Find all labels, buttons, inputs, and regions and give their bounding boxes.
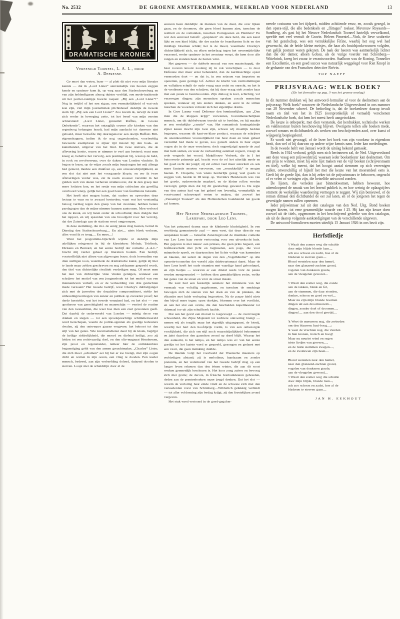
prijsvraag-body: In dit nummer drukken wij het antwoord-f… <box>266 98 390 225</box>
review-signature: Top Naeff <box>266 73 390 77</box>
paragraph: De zaal had een feestelijk aanzien: het … <box>164 281 260 312</box>
review2-heading: Het Nieuwe Nederlandsch Tooneel, Lariefa… <box>164 211 260 221</box>
poem-stanza: 'k Weet de meeuwen nog, die zwierdenom d… <box>288 319 390 353</box>
masthead: No. 2532 DE GROENE AMSTERDAMMER, WEEKBLA… <box>62 5 392 11</box>
paragraph: Ge moet dan weten, lezer — al pleit dit … <box>62 80 158 194</box>
paragraph: Ieder prijswinnaar zal uit den catalogus… <box>266 203 390 221</box>
scan-artifact <box>0 146 3 147</box>
prijsvraag-note: (Zie het formulier op pag. 3 van het gro… <box>266 91 390 95</box>
paragraph: eeuwen heen duidelijk: de mannen van de … <box>164 22 260 61</box>
column-3: neerde costuums van het tijdperk, midden… <box>266 22 390 478</box>
issue-number: No. 2532 <box>62 6 81 11</box>
review2-col3-body: neerde costuums van het tijdperk, midden… <box>266 22 390 70</box>
review2-heading-line2: Lariefari, door Leo Lens. <box>164 216 260 221</box>
review2-col2-body: Van het peinzend drama naar de klinkende… <box>164 224 260 403</box>
poem-signature: Jan H. Eekhout <box>266 396 390 400</box>
prijsvraag-heading: PRIJSVRAAG: WELK BOEK? <box>266 85 390 89</box>
poem-body: 't Waait den zomer weg die schaldedoor m… <box>266 242 390 392</box>
column-1: DRAMATISCHE KRONIEK Vereenigd Tooneel, L… <box>62 22 158 478</box>
scan-artifact <box>0 72 5 74</box>
paragraph: Het stuk werd vertoond in de goed-gegalo… <box>164 399 260 403</box>
poem-title: Herfstliedje <box>266 233 390 237</box>
paragraph: De muziek volgt het voorbeeld der Weensc… <box>164 351 260 399</box>
paragraph: neerde costuums van het tijdperk, midden… <box>266 22 390 70</box>
paragraph: Het heeft niet mogen baten, dat ouders e… <box>62 193 158 224</box>
section-divider <box>266 81 390 82</box>
kroniek-woodcut: DRAMATISCHE KRONIEK <box>62 22 158 62</box>
review1-heading: Vereenigd Tooneel, L. A. L., door A. Def… <box>62 67 158 77</box>
page-number: 13 <box>387 6 392 11</box>
paragraph: Dat aan het geval een moraal is toegevoe… <box>164 312 260 351</box>
poem-stanza: 't Waait den zomer weg, die zondeaan de … <box>288 281 390 315</box>
review1-heading-line2: A. Defresne. <box>62 71 158 76</box>
paragraph: Het gegeven — de dubbele moraal van een … <box>164 61 260 109</box>
poem-stanza: 't Waait den zomer weg die schaldedoor m… <box>288 242 390 276</box>
dramatische-kroniek-banner: DRAMATISCHE KRONIEK <box>62 22 158 62</box>
newspaper-page: No. 2532 DE GROENE AMSTERDAMMER, WEEKBLA… <box>0 0 400 619</box>
review1-col2-body: eeuwen heen duidelijk: de mannen van de … <box>164 22 260 206</box>
scan-edge-shade <box>0 0 4 619</box>
poem-stanza: Blond wentelen naar den hemel,naar den g… <box>288 358 390 392</box>
masthead-title: DE GROENE AMSTERDAMMER, WEEKBLAD VOOR NE… <box>81 5 387 11</box>
paragraph: In dit nummer drukken wij het antwoord-f… <box>266 98 390 120</box>
scan-artifact <box>0 345 5 346</box>
poem-line: dingen!.... aan den dood gewijd.... <box>288 311 390 315</box>
paragraph: De keuze is onbeperkt, met dien verstand… <box>266 120 390 138</box>
kroniek-banner-title: DRAMATISCHE KRONIEK <box>69 52 151 59</box>
paragraph: Reeds in 1924 verbond, gelijk men zich h… <box>266 151 390 182</box>
column-2: eeuwen heen duidelijk: de mannen van de … <box>164 22 260 478</box>
paragraph: In Cees Laseur vond Defresne den beminne… <box>164 110 260 206</box>
paragraph: In deze stemming, die m.i. de eenig juis… <box>62 224 158 237</box>
poem-line: en de zwaluwen zijn heen.... <box>288 349 390 353</box>
paragraph: De antwoord-formulieren moeten uiterlijk… <box>266 221 390 225</box>
masthead-rule <box>62 14 392 15</box>
paragraph: Van het peinzend drama naar de klinkende… <box>164 224 260 281</box>
scan-artifact <box>28 2 33 6</box>
paragraph: De lijsten, die verleden jaar binnenkwam… <box>266 182 390 204</box>
section-divider <box>266 229 390 230</box>
review1-col1-body: Ge moet dan weten, lezer — al pleit dit … <box>62 80 158 369</box>
poem-line: aan de vleugelen gewond.... <box>288 272 390 276</box>
poem-line: bladeren te sterven gaan.... <box>288 388 390 392</box>
paragraph: Want het programma-bijschrift wijdde al … <box>62 237 158 368</box>
